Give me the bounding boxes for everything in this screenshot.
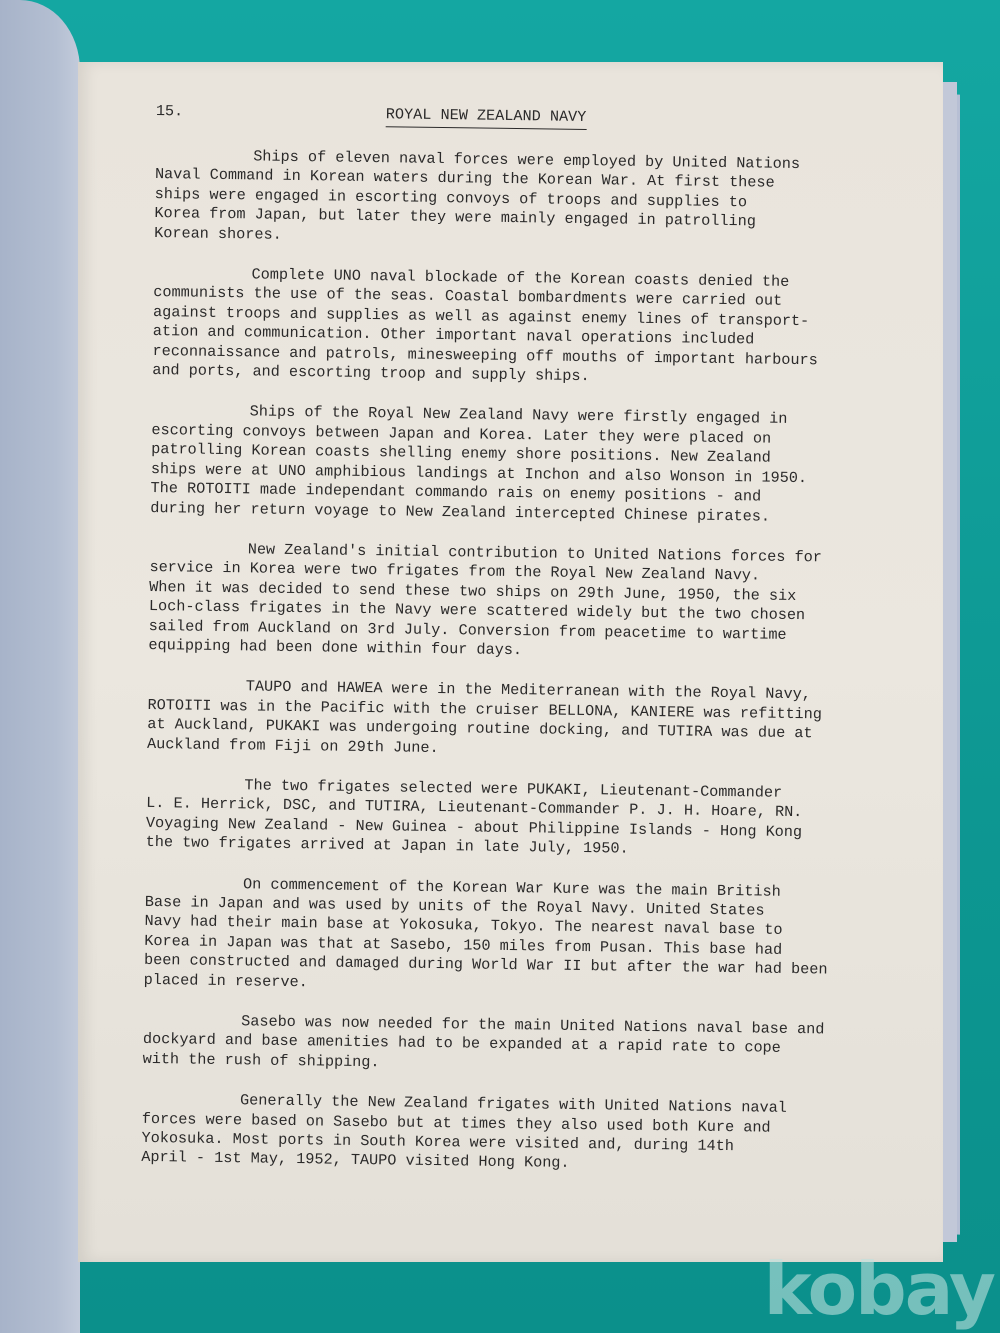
paragraph-bases-in-japan: On commencement of the Korean War Kure w… [144, 874, 876, 1001]
paragraph-operations: Generally the New Zealand frigates with … [141, 1090, 872, 1178]
document-page: 15. ROYAL NEW ZEALAND NAVY Ships of elev… [78, 62, 943, 1262]
running-title: ROYAL NEW ZEALAND NAVY [386, 105, 587, 130]
paragraph-sasebo: Sasebo was now needed for the main Unite… [142, 1011, 873, 1079]
facing-page-left [0, 0, 80, 1333]
paragraph-rnzn-duties: Ships of the Royal New Zealand Navy were… [150, 401, 882, 528]
page-number: 15. [156, 102, 184, 122]
page-header: 15. ROYAL NEW ZEALAND NAVY [156, 102, 886, 142]
page-content: 15. ROYAL NEW ZEALAND NAVY Ships of elev… [141, 102, 886, 1199]
page-edge [943, 82, 957, 1242]
paragraph-un-naval-forces: Ships of eleven naval forces were employ… [154, 146, 885, 253]
watermark-logo: kobay [764, 1247, 994, 1331]
paragraph-ship-locations: TAUPO and HAWEA were in the Mediterranea… [147, 676, 878, 764]
paragraph-blockade: Complete UNO naval blockade of the Korea… [152, 264, 884, 391]
paragraph-frigates-selected: The two frigates selected were PUKAKI, L… [146, 775, 877, 863]
paragraph-initial-contribution: New Zealand's initial contribution to Un… [148, 539, 880, 666]
